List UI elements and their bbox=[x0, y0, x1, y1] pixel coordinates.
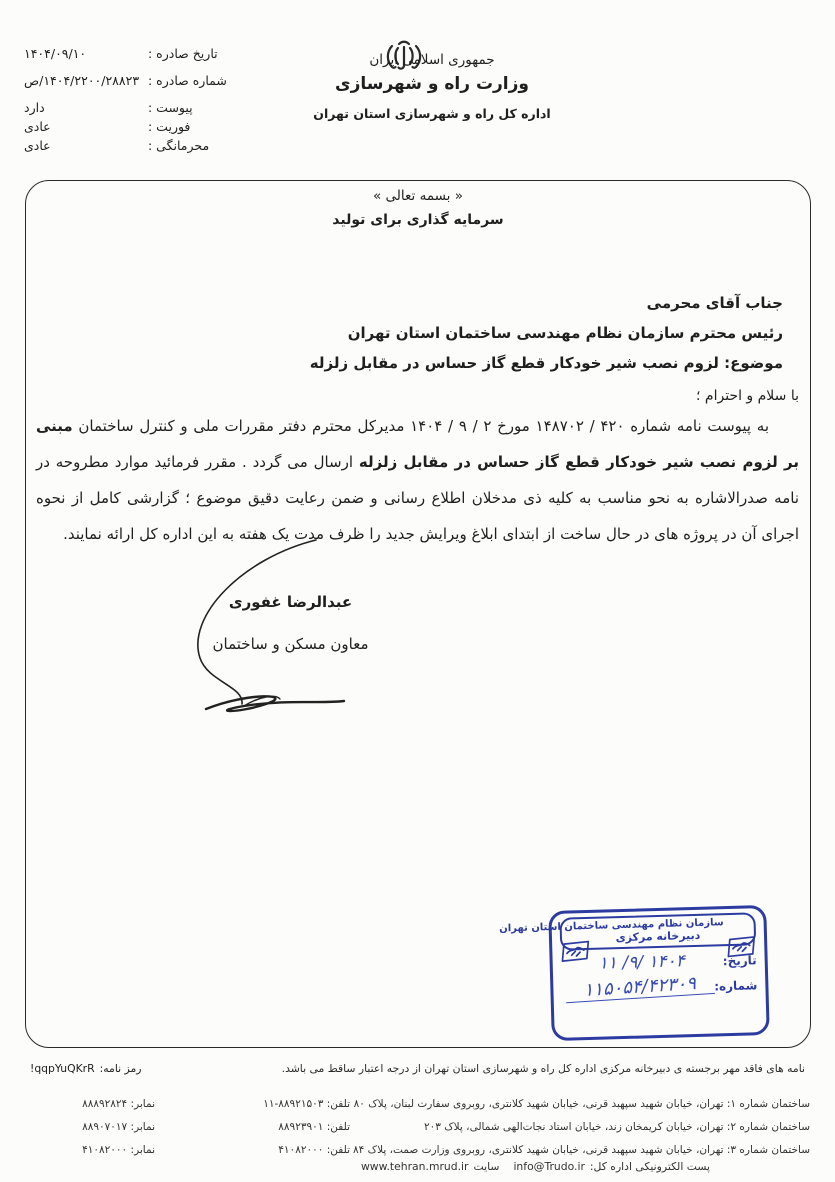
fax-label: نمابر: bbox=[131, 1098, 155, 1110]
fax-value: ۸۸۸۹۲۸۲۴ bbox=[82, 1098, 127, 1110]
email-label: پست الکترونیکی اداره کل: bbox=[590, 1160, 710, 1173]
building3-address: ساختمان شماره ۳: تهران، خیابان شهید سپهب… bbox=[353, 1144, 810, 1156]
urgency-label: فوریت : bbox=[148, 119, 240, 134]
confidentiality-value: عادی bbox=[22, 138, 148, 153]
phone-label: تلفن: bbox=[327, 1098, 350, 1110]
building1-address: ساختمان شماره ۱: تهران، خیابان شهید سپهب… bbox=[354, 1098, 810, 1110]
phone-label: تلفن: bbox=[327, 1121, 350, 1133]
meta-row-urgency: فوریت : عادی bbox=[22, 119, 240, 134]
letter-code-block: رمز نامه: !qqpYuQKrR bbox=[30, 1062, 142, 1075]
body-text-part1: به پیوست نامه شماره ۴۲۰ / ۱۴۸۷۰۲ مورخ ۲ … bbox=[73, 417, 769, 435]
phone-value: ۴۱۰۸۲۰۰۰ bbox=[278, 1144, 323, 1156]
building3-phone: تلفن: ۴۱۰۸۲۰۰۰ bbox=[210, 1144, 350, 1156]
recipient-block: جناب آقای محرمی رئیس محترم سازمان نظام م… bbox=[310, 288, 783, 378]
site-value: www.tehran.mrud.ir bbox=[361, 1160, 469, 1173]
building3-fax: نمابر: ۴۱۰۸۲۰۰۰ bbox=[25, 1144, 155, 1156]
email-site-row: پست الکترونیکی اداره کل: info@Trudo.ir س… bbox=[290, 1160, 710, 1173]
building2-phone: تلفن: ۸۸۹۲۳۹۰۱ bbox=[210, 1121, 350, 1133]
body-paragraph: به پیوست نامه شماره ۴۲۰ / ۱۴۸۷۰۲ مورخ ۲ … bbox=[36, 408, 799, 552]
validity-note: نامه های فاقد مهر برجسته ی دبیرخانه مرکز… bbox=[282, 1062, 805, 1075]
fax-value: ۸۸۹۰۷۰۱۷ bbox=[82, 1121, 127, 1133]
registry-stamp: سازمان نظام مهندسی ساختمان استان تهران د… bbox=[548, 905, 770, 1041]
issue-number-value: ۱۴۰۴/۲۲۰۰/۲۸۸۲۳/ص bbox=[22, 73, 148, 88]
meta-row-issue-date: تاریخ صادره : ۱۴۰۴/۰۹/۱۰ bbox=[22, 46, 240, 61]
header-ministry: وزارت راه و شهرسازی bbox=[282, 74, 582, 94]
meta-row-issue-number: شماره صادره : ۱۴۰۴/۲۲۰۰/۲۸۸۲۳/ص bbox=[22, 73, 240, 88]
meta-row-confidentiality: محرمانگی : عادی bbox=[22, 138, 240, 153]
confidentiality-label: محرمانگی : bbox=[148, 138, 240, 153]
building2-fax: نمابر: ۸۸۹۰۷۰۱۷ bbox=[25, 1121, 155, 1133]
stamp-number-row: شماره: ۱۱۵۰۵۴/۴۲۳۰۹ bbox=[559, 973, 760, 1001]
fax-label: نمابر: bbox=[131, 1121, 155, 1133]
besmeleh-line: « بسمه تعالی » bbox=[268, 188, 568, 204]
letter-meta-block: تاریخ صادره : ۱۴۰۴/۰۹/۱۰ شماره صادره : ۱… bbox=[22, 46, 240, 157]
letter-code-value: !qqpYuQKrR bbox=[30, 1062, 95, 1075]
salutation-line: با سلام و احترام ؛ bbox=[696, 388, 799, 404]
phone-value: ۸۸۹۲۳۹۰۱ bbox=[278, 1121, 323, 1133]
recipient-name: جناب آقای محرمی bbox=[310, 288, 783, 318]
scanned-letter-page: جمهوری اسلامی ایران وزارت راه و شهرسازی … bbox=[0, 0, 835, 1182]
urgency-value: عادی bbox=[22, 119, 148, 134]
contact-row-2: ساختمان شماره ۲: تهران، خیابان کریمخان ز… bbox=[15, 1121, 810, 1143]
phone-value: ۸۸۹۲۱۵۰۳-۱۱ bbox=[263, 1098, 323, 1110]
header-department: اداره کل راه و شهرسازی استان تهران bbox=[282, 106, 582, 121]
email-value: info@Trudo.ir bbox=[513, 1160, 584, 1173]
attachment-value: دارد bbox=[22, 100, 148, 115]
handshake-icon bbox=[725, 934, 758, 959]
building2-address: ساختمان شماره ۲: تهران، خیابان کریمخان ز… bbox=[424, 1121, 810, 1133]
slogan-line: سرمایه گذاری برای تولید bbox=[268, 212, 568, 228]
issue-date-label: تاریخ صادره : bbox=[148, 46, 240, 61]
attachment-label: پیوست : bbox=[148, 100, 240, 115]
issue-date-value: ۱۴۰۴/۰۹/۱۰ bbox=[22, 46, 148, 61]
contact-row-1: ساختمان شماره ۱: تهران، خیابان شهید سپهب… bbox=[15, 1098, 810, 1120]
handshake-icon bbox=[559, 939, 592, 964]
building1-fax: نمابر: ۸۸۸۹۲۸۲۴ bbox=[25, 1098, 155, 1110]
stamp-number-label: شماره: bbox=[714, 978, 758, 993]
fax-value: ۴۱۰۸۲۰۰۰ bbox=[82, 1144, 127, 1156]
fax-label: نمابر: bbox=[131, 1144, 155, 1156]
subject-line: موضوع: لزوم نصب شیر خودکار قطع گاز حساس … bbox=[310, 348, 783, 378]
handwritten-signature bbox=[148, 536, 383, 726]
meta-row-attachment: پیوست : دارد bbox=[22, 100, 240, 115]
recipient-title: رئیس محترم سازمان نظام مهندسی ساختمان اس… bbox=[310, 318, 783, 348]
header-country: جمهوری اسلامی ایران bbox=[282, 52, 582, 68]
letter-code-label: رمز نامه: bbox=[100, 1062, 142, 1075]
site-label: سایت bbox=[473, 1160, 499, 1173]
stamp-number-handwritten: ۱۱۵۰۵۴/۴۲۳۰۹ bbox=[565, 972, 715, 1003]
building1-phone: تلفن: ۸۸۹۲۱۵۰۳-۱۱ bbox=[210, 1098, 350, 1110]
issue-number-label: شماره صادره : bbox=[148, 73, 240, 88]
phone-label: تلفن: bbox=[327, 1144, 350, 1156]
